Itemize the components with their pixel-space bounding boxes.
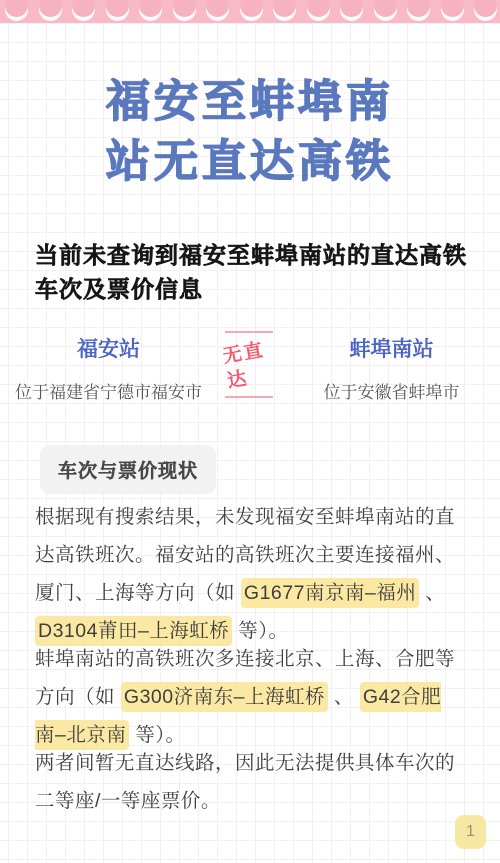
scallop-hole xyxy=(72,0,95,17)
scallop-hole xyxy=(106,0,129,17)
scallop-hole xyxy=(5,0,28,17)
scallop-hole xyxy=(307,0,330,17)
section-header: 车次与票价现状 xyxy=(40,445,216,494)
scallop-hole xyxy=(441,0,464,17)
station-left: 福安站 位于福建省宁德市福安市 xyxy=(0,325,217,403)
station-right-location: 位于安徽省蚌埠市 xyxy=(283,378,500,403)
scallop-hole xyxy=(374,0,397,17)
scallop-hole xyxy=(139,0,162,17)
lead-heading-line1: 当前未查询到福安至蚌埠南站的直达高铁 xyxy=(35,238,475,272)
paragraph-text: 等）。 xyxy=(232,620,288,642)
stamp-bottom-line xyxy=(225,396,273,398)
stamp-top-line xyxy=(225,331,273,333)
scallop-hole xyxy=(273,0,296,17)
page-title-line2: 站无直达高铁 xyxy=(0,132,500,192)
scallop-hole xyxy=(407,0,430,17)
paragraph-bengbu-routes: 蚌埠南站的高铁班次多连接北京、上海、合肥等方向（如 G300济南东–上海虹桥 、… xyxy=(35,640,467,754)
paragraph-text: 两者间暂无直达线路，因此无法提供具体车次的二等座/一等座票价。 xyxy=(35,752,455,812)
lead-heading: 当前未查询到福安至蚌埠南站的直达高铁 车次及票价信息 xyxy=(35,238,475,306)
train-route-highlight: G300济南东–上海虹桥 xyxy=(121,682,328,712)
no-direct-stamp: 无直 达 xyxy=(217,325,283,403)
page-number-badge: 1 xyxy=(455,815,486,849)
train-route-highlight: G1677南京南–福州 xyxy=(241,578,419,608)
station-right: 蚌埠南站 位于安徽省蚌埠市 xyxy=(283,325,500,403)
scallop-hole xyxy=(340,0,363,17)
page-title: 福安至蚌埠南 站无直达高铁 xyxy=(0,72,500,192)
page-title-line1: 福安至蚌埠南 xyxy=(0,72,500,132)
paragraph-text: 等）。 xyxy=(129,724,185,746)
stamp-text: 无直 达 xyxy=(221,338,271,395)
scallop-hole xyxy=(240,0,263,17)
scallop-hole xyxy=(474,0,497,17)
stations-comparison: 福安站 位于福建省宁德市福安市 无直 达 蚌埠南站 位于安徽省蚌埠市 xyxy=(0,325,500,403)
paragraph-fuan-routes: 根据现有搜索结果，未发现福安至蚌埠南站的直达高铁班次。福安站的高铁班次主要连接福… xyxy=(35,498,467,650)
paragraph-no-direct-conclusion: 两者间暂无直达线路，因此无法提供具体车次的二等座/一等座票价。 xyxy=(35,744,467,820)
scallop-hole xyxy=(173,0,196,17)
scalloped-banner xyxy=(0,0,500,23)
scallop-hole xyxy=(39,0,62,17)
station-left-name: 福安站 xyxy=(0,333,217,363)
paragraph-text: 、 xyxy=(328,686,360,708)
scallop-hole xyxy=(206,0,229,17)
infographic-page: 福安至蚌埠南 站无直达高铁 当前未查询到福安至蚌埠南站的直达高铁 车次及票价信息… xyxy=(0,0,500,863)
lead-heading-line2: 车次及票价信息 xyxy=(35,272,475,306)
paragraph-text: 、 xyxy=(419,582,445,604)
station-right-name: 蚌埠南站 xyxy=(283,333,500,363)
station-left-location: 位于福建省宁德市福安市 xyxy=(0,378,217,403)
